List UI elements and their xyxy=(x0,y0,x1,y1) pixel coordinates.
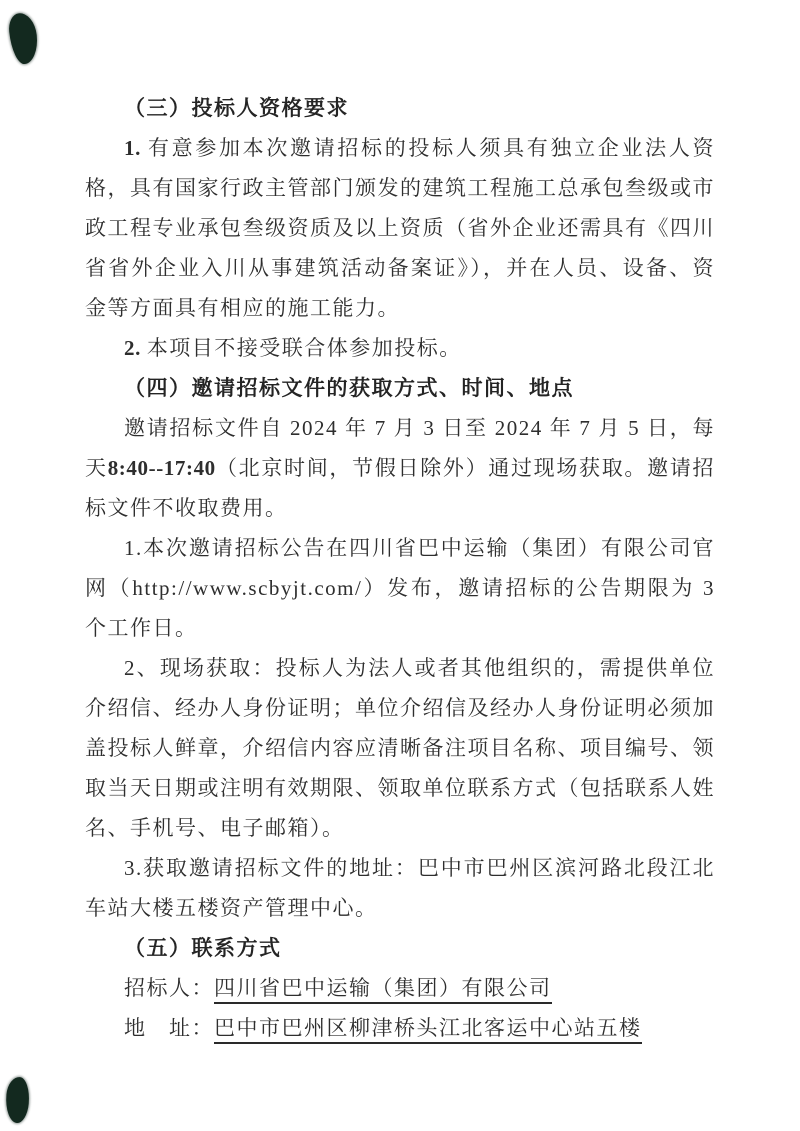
address-label: 地 址： xyxy=(124,1016,214,1040)
business-hours: 8:40--17:40 xyxy=(108,456,216,480)
list-number-2: 2. xyxy=(124,336,147,360)
para-obtain-time: 邀请招标文件自 2024 年 7 月 3 日至 2024 年 7 月 5 日，每… xyxy=(85,408,715,528)
document-page: （三）投标人资格要求 1. 有意参加本次邀请招标的投标人须具有独立企业法人资格，… xyxy=(0,0,800,1131)
para-onsite-acquisition: 2、现场获取：投标人为法人或者其他组织的，需提供单位介绍信、经办人身份证明；单位… xyxy=(85,648,715,848)
para-bidder-qualification: 1. 有意参加本次邀请招标的投标人须具有独立企业法人资格，具有国家行政主管部门颁… xyxy=(85,128,715,328)
section-heading-contact: （五）联系方式 xyxy=(85,928,715,968)
contact-line-address: 地 址：巴中市巴州区柳津桥头江北客运中心站五楼 xyxy=(85,1008,715,1048)
para-bidder-qualification-text: 有意参加本次邀请招标的投标人须具有独立企业法人资格，具有国家行政主管部门颁发的建… xyxy=(85,136,715,320)
scan-ink-artifact-bottom-left xyxy=(4,1076,31,1124)
tenderer-label: 招标人： xyxy=(124,976,214,1000)
section-heading-document-acquisition: （四）邀请招标文件的获取方式、时间、地点 xyxy=(85,368,715,408)
address-value: 巴中市巴州区柳津桥头江北客运中心站五楼 xyxy=(214,1016,642,1044)
list-number-1: 1. xyxy=(124,136,148,160)
scan-ink-artifact-top-left xyxy=(7,12,39,66)
para-announcement: 1.本次邀请招标公告在四川省巴中运输（集团）有限公司官网（http://www.… xyxy=(85,528,715,648)
contact-line-tenderer: 招标人：四川省巴中运输（集团）有限公司 xyxy=(85,968,715,1008)
para-acquisition-address: 3.获取邀请招标文件的地址：巴中市巴州区滨河路北段江北车站大楼五楼资产管理中心。 xyxy=(85,848,715,928)
para-no-consortium: 2. 本项目不接受联合体参加投标。 xyxy=(85,328,715,368)
document-content: （三）投标人资格要求 1. 有意参加本次邀请招标的投标人须具有独立企业法人资格，… xyxy=(85,88,715,1048)
tenderer-name: 四川省巴中运输（集团）有限公司 xyxy=(214,976,552,1004)
section-heading-bidder-qualification: （三）投标人资格要求 xyxy=(85,88,715,128)
para-no-consortium-text: 本项目不接受联合体参加投标。 xyxy=(147,336,462,360)
